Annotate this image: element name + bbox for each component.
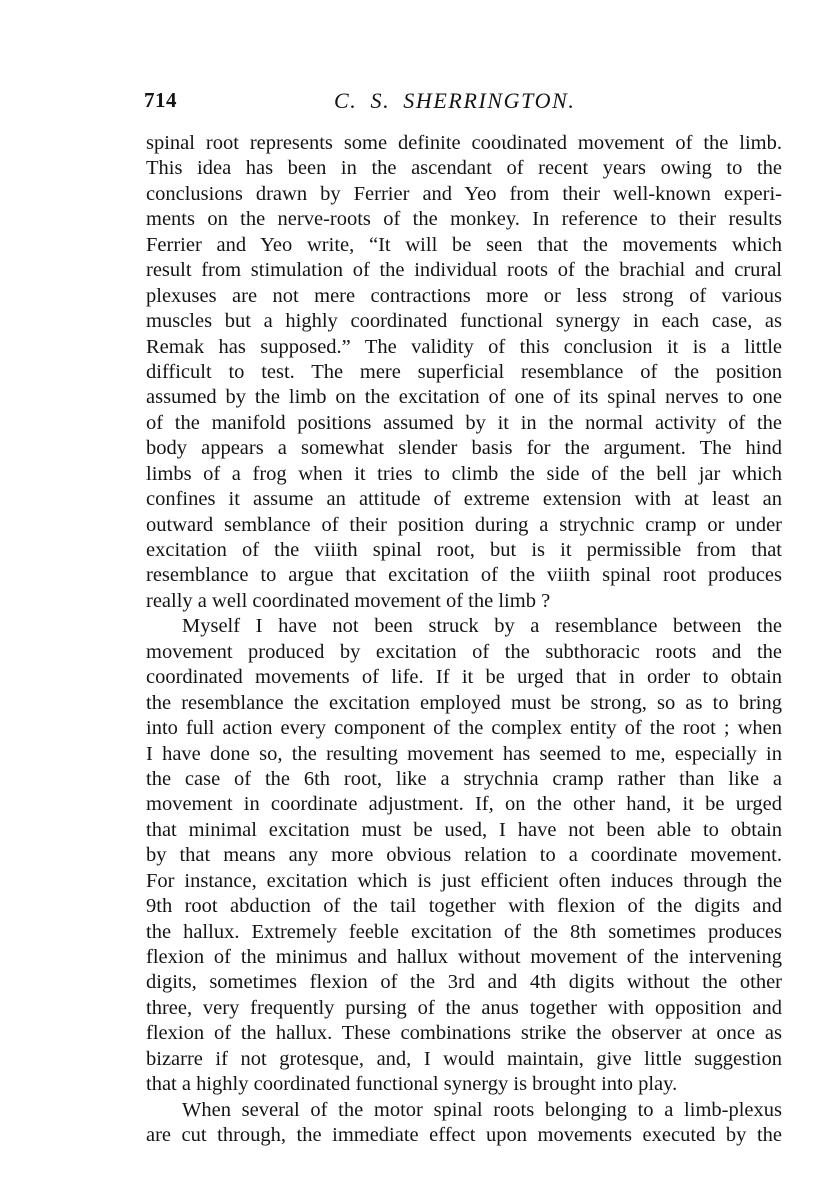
text-line: flexion of the minimus and hallux withou… — [146, 945, 782, 970]
text-line: the resemblance the excitation employed … — [146, 691, 782, 716]
text-line: bizarre if not grotesque, and, I would m… — [146, 1047, 782, 1072]
paragraph: Myself I have not been struck by a resem… — [146, 614, 782, 1097]
text-line: by that means any more obvious relation … — [146, 843, 782, 868]
text-line: result from stimulation of the individua… — [146, 258, 782, 283]
text-line: difficult to test. The mere superficial … — [146, 360, 782, 385]
text-line: body appears a somewhat slender basis fo… — [146, 436, 782, 461]
text-line: that minimal excitation must be used, I … — [146, 818, 782, 843]
text-line: Ferrier and Yeo write, “It will be seen … — [146, 233, 782, 258]
text-line: 9th root abduction of the tail together … — [146, 894, 782, 919]
text-line: muscles but a highly coordinated functio… — [146, 309, 782, 334]
text-line: movement produced by excitation of the s… — [146, 640, 782, 665]
text-line: of the manifold positions assumed by it … — [146, 411, 782, 436]
document-page: 714 C. S. SHERRINGTON. spinal root repre… — [0, 0, 816, 1193]
body-text: spinal root represents some definite coo… — [146, 131, 782, 1149]
text-line: outward semblance of their position duri… — [146, 513, 782, 538]
text-line: limbs of a frog when it tries to climb t… — [146, 462, 782, 487]
text-line: I have done so, the resulting movement h… — [146, 742, 782, 767]
text-line: the case of the 6th root, like a strychn… — [146, 767, 782, 792]
text-line: Remak has supposed.” The validity of thi… — [146, 335, 782, 360]
text-line: are cut through, the immediate effect up… — [146, 1123, 782, 1148]
paragraph: spinal root represents some definite coo… — [146, 131, 782, 614]
text-line: digits, sometimes flexion of the 3rd and… — [146, 970, 782, 995]
text-line: spinal root represents some definite coo… — [146, 131, 782, 156]
text-line: conclusions drawn by Ferrier and Yeo fro… — [146, 182, 782, 207]
text-line: plexuses are not mere contractions more … — [146, 284, 782, 309]
text-line: movement in coordinate adjustment. If, o… — [146, 792, 782, 817]
text-line: resemblance to argue that excitation of … — [146, 563, 782, 588]
text-line: Myself I have not been struck by a resem… — [146, 614, 782, 639]
text-line: excitation of the viiith spinal root, bu… — [146, 538, 782, 563]
text-line: This idea has been in the ascendant of r… — [146, 156, 782, 181]
text-line: really a well coordinated movement of th… — [146, 589, 782, 614]
text-line: When several of the motor spinal roots b… — [146, 1098, 782, 1123]
text-line: assumed by the limb on the excitation of… — [146, 385, 782, 410]
text-line: the hallux. Extremely feeble excitation … — [146, 920, 782, 945]
text-line: into full action every component of the … — [146, 716, 782, 741]
text-line: confines it assume an attitude of extrem… — [146, 487, 782, 512]
text-line: coordinated movements of life. If it be … — [146, 665, 782, 690]
page-number: 714 — [144, 88, 177, 113]
text-line: ments on the nerve-roots of the monkey. … — [146, 207, 782, 232]
running-title: C. S. SHERRINGTON. — [334, 88, 575, 114]
text-line: flexion of the hallux. These combination… — [146, 1021, 782, 1046]
text-line: that a highly coordinated functional syn… — [146, 1072, 782, 1097]
running-head: 714 C. S. SHERRINGTON. — [144, 88, 784, 114]
text-line: For instance, excitation which is just e… — [146, 869, 782, 894]
text-line: three, very frequently pursing of the an… — [146, 996, 782, 1021]
paragraph: When several of the motor spinal roots b… — [146, 1098, 782, 1149]
